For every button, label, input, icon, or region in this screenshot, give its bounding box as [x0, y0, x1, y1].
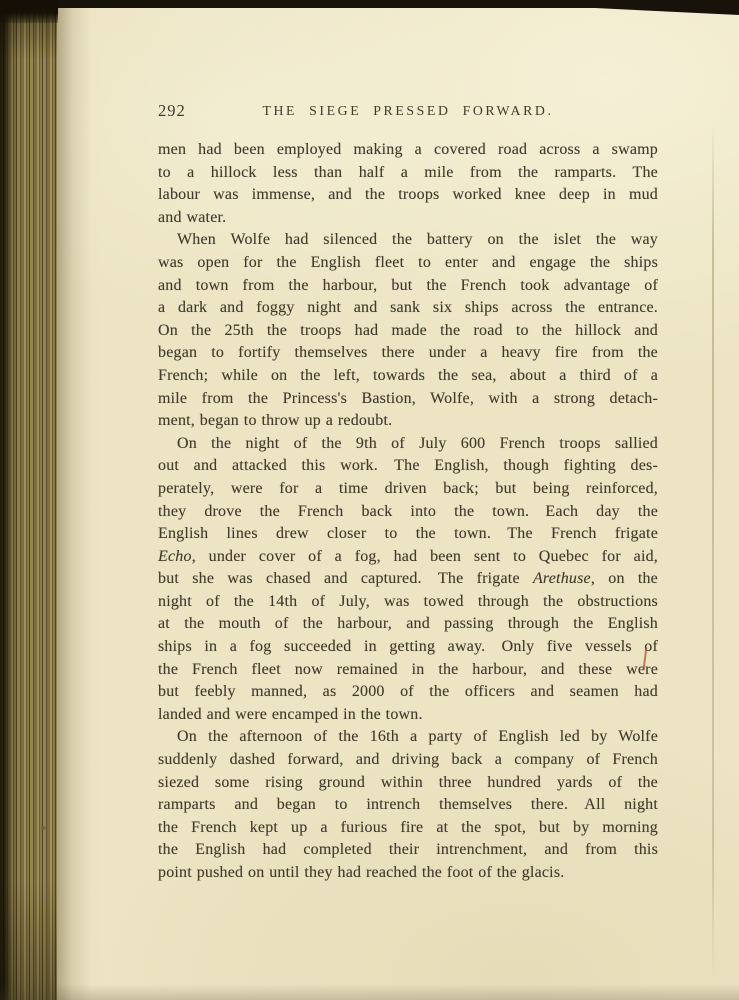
text-segment: the English had completed their intrench… — [158, 841, 658, 858]
text-segment: the French kept up a furious fire at the… — [158, 819, 658, 836]
text-line: ramparts and began to intrench themselve… — [158, 794, 658, 817]
text-line: ment, began to throw up a redoubt. — [158, 410, 658, 433]
text-segment: On the afternoon of the 16th a party of … — [177, 728, 658, 745]
text-segment: English lines drew closer to the town. T… — [158, 525, 658, 542]
text-segment: men had been employed making a covered r… — [158, 141, 658, 158]
text-segment: point pushed on until they had reached t… — [158, 864, 564, 881]
text-segment: but she was chased and captured. The fri… — [158, 570, 533, 587]
text-segment: labour was immense, and the troops worke… — [158, 186, 658, 203]
text-segment: began to fortify themselves there under … — [158, 344, 658, 361]
text-segment: suddenly dashed forward, and driving bac… — [158, 751, 658, 768]
text-line: French; while on the left, towards the s… — [158, 365, 658, 388]
text-line: men had been employed making a covered r… — [158, 139, 658, 162]
text-segment: landed and were encamped in the town. — [158, 706, 423, 723]
text-segment: was open for the English fleet to enter … — [158, 254, 658, 271]
text-segment: out and attacked this work. The English,… — [158, 457, 658, 474]
text-segment: , under cover of a fog, had been sent to… — [192, 548, 658, 565]
text-line: labour was immense, and the troops worke… — [158, 184, 658, 207]
text-line: When Wolfe had silenced the battery on t… — [158, 229, 658, 252]
text-segment: ment, began to throw up a redoubt. — [158, 412, 392, 429]
text-line: English lines drew closer to the town. T… — [158, 523, 658, 546]
text-line: landed and were encamped in the town. — [158, 704, 658, 727]
text-line: On the night of the 9th of July 600 Fren… — [158, 433, 658, 456]
text-segment: at the mouth of the harbour, and passing… — [158, 615, 658, 632]
text-segment: , on the — [591, 570, 658, 587]
text-line: On the 25th the troops had made the road… — [158, 320, 658, 343]
text-segment: On the night of the 9th of July 600 Fren… — [177, 435, 658, 452]
text-line: and water. — [158, 207, 658, 230]
page-right-crease — [712, 120, 714, 980]
text-segment: ships in a fog succeeded in getting away… — [158, 638, 658, 655]
text-segment: they drove the French back into the town… — [158, 503, 658, 520]
italic-text: Echo — [158, 548, 192, 565]
text-line: point pushed on until they had reached t… — [158, 862, 658, 885]
text-segment: French; while on the left, towards the s… — [158, 367, 658, 384]
text-line: ships in a fog succeeded in getting away… — [158, 636, 658, 659]
dark-speck-artifact — [41, 826, 46, 830]
text-line: Echo, under cover of a fog, had been sen… — [158, 546, 658, 569]
text-segment: siezed some rising ground within three h… — [158, 774, 658, 791]
text-line: began to fortify themselves there under … — [158, 342, 658, 365]
text-segment: perately, were for a time driven back; b… — [158, 480, 658, 497]
page-body: men had been employed making a covered r… — [158, 139, 658, 885]
text-line: the French kept up a furious fire at the… — [158, 817, 658, 840]
text-line: siezed some rising ground within three h… — [158, 772, 658, 795]
italic-text: Arethuse — [533, 570, 591, 587]
text-line: the English had completed their intrench… — [158, 839, 658, 862]
text-line: mile from the Princess's Bastion, Wolfe,… — [158, 388, 658, 411]
text-segment: but feebly manned, as 2000 of the office… — [158, 683, 658, 700]
paragraph: On the afternoon of the 16th a party of … — [158, 726, 658, 884]
text-segment: the French fleet now remained in the har… — [158, 661, 658, 678]
text-segment: and town from the harbour, but the Frenc… — [158, 277, 658, 294]
text-line: a dark and foggy night and sank six ship… — [158, 297, 658, 320]
text-line: and town from the harbour, but the Frenc… — [158, 275, 658, 298]
book-scan: 292 THE SIEGE PRESSED FORWARD. men had b… — [0, 0, 739, 1000]
paragraph: men had been employed making a covered r… — [158, 139, 658, 229]
book-spine-page-edges — [0, 0, 57, 1000]
text-segment: and water. — [158, 209, 226, 226]
text-line: but she was chased and captured. The fri… — [158, 568, 658, 591]
paragraph: When Wolfe had silenced the battery on t… — [158, 229, 658, 432]
text-line: was open for the English fleet to enter … — [158, 252, 658, 275]
text-segment: night of the 14th of July, was towed thr… — [158, 593, 658, 610]
text-segment: ramparts and began to intrench themselve… — [158, 796, 658, 813]
text-line: they drove the French back into the town… — [158, 501, 658, 524]
spine-gutter-shadow — [57, 0, 91, 1000]
text-segment: to a hillock less than half a mile from … — [158, 164, 658, 181]
text-line: night of the 14th of July, was towed thr… — [158, 591, 658, 614]
text-line: but feebly manned, as 2000 of the office… — [158, 681, 658, 704]
text-line: perately, were for a time driven back; b… — [158, 478, 658, 501]
text-line: at the mouth of the harbour, and passing… — [158, 613, 658, 636]
text-line: the French fleet now remained in the har… — [158, 659, 658, 682]
text-line: out and attacked this work. The English,… — [158, 455, 658, 478]
paragraph: On the night of the 9th of July 600 Fren… — [158, 433, 658, 727]
scan-top-left-corner — [0, 0, 58, 23]
page-header: 292 THE SIEGE PRESSED FORWARD. — [158, 101, 658, 123]
text-segment: a dark and foggy night and sank six ship… — [158, 299, 658, 316]
text-line: to a hillock less than half a mile from … — [158, 162, 658, 185]
text-line: suddenly dashed forward, and driving bac… — [158, 749, 658, 772]
running-title: THE SIEGE PRESSED FORWARD. — [158, 103, 658, 119]
text-segment: When Wolfe had silenced the battery on t… — [177, 231, 658, 248]
book-page: 292 THE SIEGE PRESSED FORWARD. men had b… — [158, 0, 658, 1000]
text-line: On the afternoon of the 16th a party of … — [158, 726, 658, 749]
text-segment: mile from the Princess's Bastion, Wolfe,… — [158, 390, 658, 407]
text-segment: On the 25th the troops had made the road… — [158, 322, 658, 339]
